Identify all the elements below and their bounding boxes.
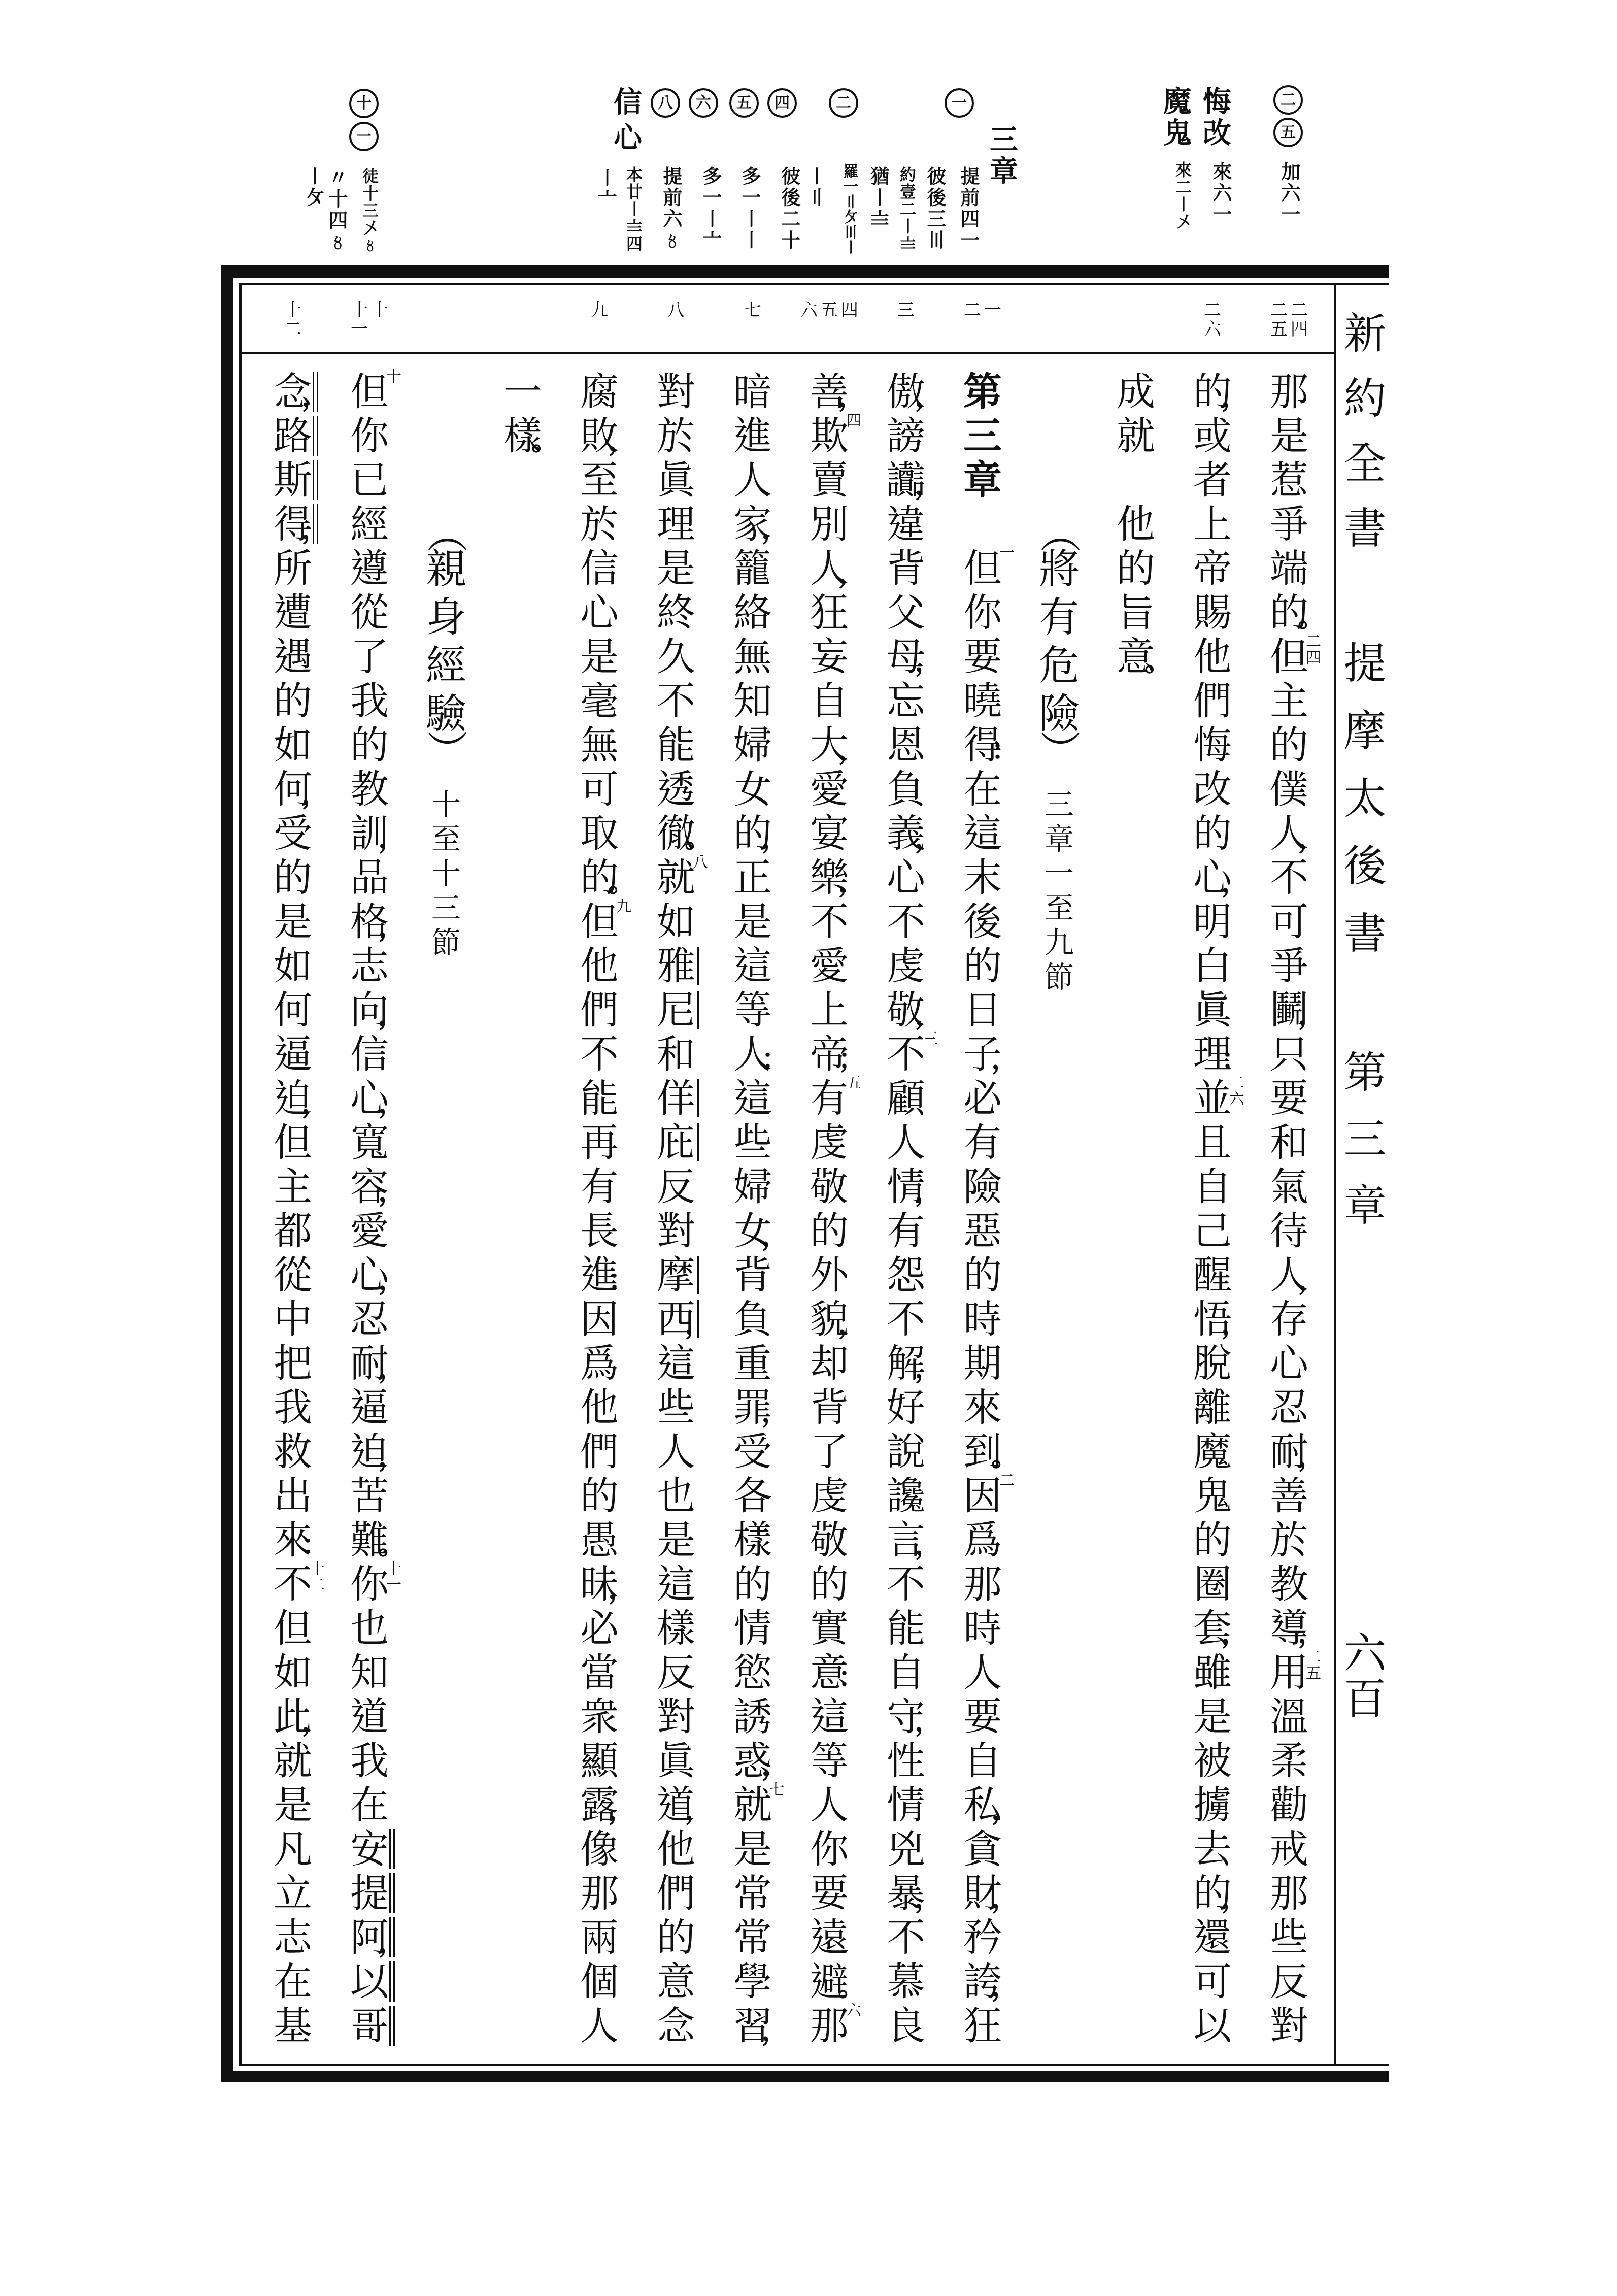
punctuation-mark: ， <box>915 383 942 410</box>
punctuation-mark: ， <box>378 1928 406 1956</box>
punctuation-mark: ， <box>915 648 942 675</box>
text-glyph: 從 <box>347 590 392 635</box>
cross-reference: 〃十四〥 <box>325 168 348 253</box>
text-glyph: 對 <box>1266 2004 1312 2048</box>
heading-glyph: 危 <box>1034 641 1085 689</box>
text-glyph: 善， <box>806 370 852 414</box>
text-glyph: 能 <box>653 723 699 767</box>
text-glyph: 這 <box>730 944 776 988</box>
text-glyph: 的， <box>1190 1871 1235 1915</box>
text-glyph: 帝 <box>1190 546 1235 590</box>
text-glyph: 人， <box>1266 811 1312 855</box>
text-glyph: 負 <box>883 767 929 811</box>
text-glyph: 爭 <box>1266 502 1312 546</box>
text-glyph: 那 <box>1266 370 1312 414</box>
verse-band-number: 十二 <box>283 301 303 339</box>
text-glyph: 出 <box>270 1474 316 1518</box>
text-glyph: 實 <box>806 1606 852 1650</box>
text-glyph: 進： <box>577 1253 622 1297</box>
text-glyph: 道 <box>347 1694 392 1739</box>
place-name-glyph: 提 <box>347 1871 392 1915</box>
text-glyph: 了 <box>347 635 392 679</box>
proper-name-glyph: 尼 <box>653 988 699 1032</box>
text-glyph: 人 <box>883 1120 929 1164</box>
text-glyph: 的 <box>960 944 1005 988</box>
text-glyph: 他 <box>1113 502 1159 546</box>
heading-glyph-text: 有 <box>1039 593 1080 641</box>
punctuation-mark: ， <box>915 1354 942 1382</box>
text-glyph: 等 <box>806 1739 852 1783</box>
text-glyph: 上 <box>1190 502 1235 546</box>
text-glyph: 我 <box>347 679 392 723</box>
circled-note-marker: 十 <box>349 89 379 118</box>
text-column: 的，或者上帝賜他們悔改的心，明白眞理：並二六且自己醒悟，脫離魔鬼的圈套，雖是被擄… <box>1190 370 1235 2048</box>
text-glyph: 們 <box>653 1871 699 1915</box>
text-glyph: 受 <box>730 1429 776 1474</box>
text-glyph: 寬 <box>347 1120 392 1164</box>
circled-note-marker: 二 <box>829 88 858 118</box>
punctuation-mark: ， <box>1221 1884 1249 1912</box>
text-glyph: 人 <box>653 1429 699 1474</box>
text-glyph: 雖 <box>1190 1650 1235 1694</box>
text-glyph: 如 <box>270 944 316 988</box>
proper-name-glyph: 雅 <box>653 944 699 988</box>
text-glyph: 遇 <box>270 635 316 679</box>
punctuation-mark: ， <box>378 1001 406 1028</box>
punctuation-mark: 。 <box>991 1443 1019 1470</box>
punctuation-mark: 。 <box>531 427 559 454</box>
punctuation-mark: ， <box>915 1001 942 1028</box>
text-glyph: 魔 <box>1190 1429 1235 1474</box>
text-glyph: 被 <box>1190 1739 1235 1783</box>
verse-range-glyph: 三 <box>421 891 471 925</box>
cross-reference: 多一〡〦 <box>699 166 722 251</box>
punctuation-mark: 。 <box>1144 648 1172 675</box>
text-glyph: 這 <box>653 1341 699 1385</box>
text-glyph: 白 <box>1190 944 1235 988</box>
text-glyph: 迫， <box>270 1076 316 1120</box>
text-glyph: 毫 <box>577 679 622 723</box>
verse-number: 二六 <box>1228 1075 1245 1108</box>
text-glyph: 旨 <box>1113 590 1159 635</box>
text-glyph: 是 <box>270 900 316 944</box>
text-glyph: 也 <box>653 1474 699 1518</box>
text-glyph: 柔 <box>1266 1739 1312 1783</box>
text-glyph: 別 <box>806 502 852 546</box>
text-glyph: 狂 <box>960 2004 1005 2048</box>
text-glyph: 的， <box>730 811 776 855</box>
text-glyph: 言， <box>883 1518 929 1562</box>
text-column: 一樣。 <box>500 370 546 458</box>
text-glyph: 容， <box>347 1164 392 1209</box>
text-glyph: 惹 <box>1266 458 1312 502</box>
text-glyph: 人： <box>730 1032 776 1076</box>
text-glyph: 久 <box>653 635 699 679</box>
text-glyph: 的 <box>1113 546 1159 590</box>
text-glyph: 時 <box>960 1297 1005 1341</box>
blank-space <box>960 502 1005 546</box>
text-glyph: 於 <box>1266 1518 1312 1562</box>
text-glyph: 敬 <box>806 1164 852 1209</box>
text-glyph: 狂 <box>806 590 852 635</box>
margin-term-devil: 魔鬼 <box>1159 86 1192 149</box>
punctuation-mark: ， <box>378 913 406 940</box>
text-glyph: 人 <box>577 2004 622 2048</box>
punctuation-mark: ， <box>301 1089 329 1117</box>
text-glyph: 都 <box>270 1209 316 1253</box>
punctuation-mark: ， <box>378 1443 406 1470</box>
text-glyph: 成 <box>1113 370 1159 414</box>
text-glyph: 他 <box>577 944 622 988</box>
punctuation-mark: ， <box>761 2017 789 2044</box>
text-glyph: 自 <box>1190 1164 1235 1209</box>
text-glyph: 爭 <box>1266 944 1312 988</box>
text-glyph: 立 <box>270 1871 316 1915</box>
text-glyph: 重 <box>730 1341 776 1385</box>
text-glyph: 但二四 <box>1266 635 1312 679</box>
punctuation-mark: ， <box>1298 1443 1325 1470</box>
text-glyph: 不 <box>653 679 699 723</box>
text-glyph: 顧 <box>883 1076 929 1120</box>
text-glyph: 樣。 <box>500 414 546 458</box>
verse-band-number: 七 <box>743 301 763 320</box>
text-glyph: 去 <box>1190 1827 1235 1871</box>
text-glyph: 逼 <box>270 1032 316 1076</box>
verse-band-number: 八 <box>666 301 686 320</box>
text-glyph: 來 <box>960 1385 1005 1429</box>
proper-name-glyph: 西， <box>653 1297 699 1341</box>
circled-note-marker: 一 <box>349 122 379 151</box>
verse-number: 三 <box>922 1031 939 1047</box>
verse-number: 一 <box>998 545 1016 561</box>
text-glyph: 了 <box>806 1429 852 1474</box>
text-glyph: 怨 <box>883 1253 929 1297</box>
text-glyph: 你 <box>806 1827 852 1871</box>
text-glyph: 如 <box>270 723 316 767</box>
page-number: 六百 <box>1336 1631 1387 1722</box>
heading-glyph-text: 身 <box>426 593 466 641</box>
heading-glyph-text: 親 <box>426 545 466 592</box>
text-glyph: 性 <box>883 1739 929 1783</box>
text-glyph: 在 <box>270 1959 316 2004</box>
text-glyph: 樣 <box>653 1606 699 1650</box>
text-glyph: 他 <box>1190 635 1235 679</box>
punctuation-mark: ， <box>1221 869 1249 896</box>
frame-inner-bottom-rule <box>240 2064 1389 2066</box>
place-name-glyph: 路 <box>270 414 316 458</box>
text-glyph: 常 <box>730 1871 776 1915</box>
text-glyph: 中 <box>270 1297 316 1341</box>
text-glyph: 他 <box>653 1827 699 1871</box>
text-glyph: 母， <box>883 635 929 679</box>
cross-reference: 提前六〥 <box>660 166 682 251</box>
text-glyph: 人， <box>806 546 852 590</box>
text-glyph: 正 <box>730 855 776 900</box>
text-glyph: 已 <box>347 458 392 502</box>
text-glyph: 待 <box>1266 1209 1312 1253</box>
text-glyph: 敬 <box>806 1518 852 1562</box>
text-glyph: 可 <box>577 767 622 811</box>
text-glyph: 知 <box>347 1650 392 1694</box>
text-column: 腐敗，至於信心是毫無可取的。但九他們不能再有長進：因爲他們的愚昧，必當衆顯露，像… <box>577 370 622 2048</box>
verse-range-glyph: 至 <box>1034 891 1085 925</box>
text-glyph: 心， <box>1190 855 1235 900</box>
text-glyph: 必 <box>960 1076 1005 1120</box>
verse-band-rule <box>240 352 1335 354</box>
text-glyph: 的 <box>270 679 316 723</box>
punctuation-mark: ， <box>915 471 942 498</box>
text-glyph: 像 <box>577 1827 622 1871</box>
text-glyph: 志 <box>347 944 392 988</box>
text-glyph: 基 <box>270 2004 316 2048</box>
text-glyph: 圈 <box>1190 1562 1235 1606</box>
text-glyph: 兩 <box>577 1915 622 1959</box>
text-glyph: 何， <box>270 767 316 811</box>
text-glyph: 套， <box>1190 1606 1235 1650</box>
text-glyph: 財， <box>960 1871 1005 1915</box>
cross-reference: 彼後三〣 <box>924 166 946 251</box>
punctuation-mark: ， <box>685 1796 712 1823</box>
verse-range-glyph: 節 <box>421 925 471 960</box>
text-glyph: 信 <box>347 1032 392 1076</box>
text-glyph: 腐 <box>577 370 622 414</box>
text-glyph: 大， <box>806 723 852 767</box>
text-glyph: 因二 <box>960 1474 1005 1518</box>
heading-glyph: 身 <box>421 593 471 641</box>
text-glyph: 教 <box>1266 1562 1312 1606</box>
text-glyph: 心， <box>347 1253 392 1297</box>
text-glyph: 誘 <box>730 1694 776 1739</box>
text-glyph: 宴 <box>806 811 852 855</box>
text-glyph: 良 <box>883 2004 929 2048</box>
verse-band-number: 一 <box>983 301 1003 320</box>
text-glyph: 父 <box>883 590 929 635</box>
cross-reference: 〡〩 <box>302 166 324 209</box>
text-glyph: 志 <box>270 1915 316 1959</box>
punctuation-mark: ： <box>761 1045 789 1073</box>
text-glyph: 兇 <box>883 1827 929 1871</box>
text-glyph: 得： <box>960 723 1005 767</box>
text-glyph: 背 <box>806 1385 852 1429</box>
chapter-heading-glyph: 章 <box>960 458 1005 502</box>
text-glyph: 可 <box>1190 1959 1235 2004</box>
text-glyph: 是 <box>730 1827 776 1871</box>
running-header-separator <box>1334 283 1336 2066</box>
proper-name-glyph: 庇 <box>653 1120 699 1164</box>
text-column: 對於眞理是終久不能透徹。就八如雅尼和佯庇反對摩西，這些人也是這樣反對眞道，他們的… <box>653 370 699 2048</box>
text-glyph: 但十 <box>347 370 392 414</box>
punctuation-mark: ， <box>838 1310 865 1338</box>
text-glyph: 的 <box>1190 811 1235 855</box>
text-glyph: 慕 <box>883 1959 929 2004</box>
blank-space <box>1113 458 1159 502</box>
punctuation-mark: ， <box>608 1575 635 1603</box>
text-glyph: 那 <box>1266 1871 1312 1915</box>
text-glyph: 進 <box>730 414 776 458</box>
text-glyph: 己 <box>1190 1209 1235 1253</box>
circled-note-marker: 六 <box>689 88 718 118</box>
text-glyph: 露， <box>577 1783 622 1827</box>
text-glyph: 因 <box>577 1297 622 1341</box>
text-glyph: 救 <box>270 1429 316 1474</box>
scanned-bible-page: 二 五 加六一 悔改 來六一 魔鬼 來二〡〤 三章 一 提前四一 彼後三〣 約壹… <box>0 0 1617 2296</box>
verse-range-glyph: 至 <box>421 822 471 856</box>
text-column: 念，路斯得，所遭遇的如何，受的是如何逼迫，但主都從中把我救出來：不十二但如此，就… <box>270 370 316 2048</box>
text-glyph: 擄 <box>1190 1783 1235 1827</box>
text-glyph: 或 <box>1190 414 1235 458</box>
text-glyph: 念 <box>653 2004 699 2048</box>
text-glyph: 矜 <box>960 1915 1005 1959</box>
place-name-glyph: 得， <box>270 502 316 546</box>
text-glyph: 如 <box>653 900 699 944</box>
text-glyph: 知 <box>730 679 776 723</box>
text-glyph: 虔 <box>883 944 929 988</box>
text-glyph: 對 <box>653 1209 699 1253</box>
section-heading-column: （親身經驗）十至十三節 <box>421 520 471 960</box>
text-glyph: 這 <box>730 1076 776 1120</box>
text-glyph: 就 <box>270 1739 316 1783</box>
text-glyph: 理： <box>1190 1032 1235 1076</box>
text-glyph: 不 <box>883 1297 929 1341</box>
punctuation-mark: 。 <box>1298 604 1325 631</box>
text-glyph: 爲 <box>577 1341 622 1385</box>
text-glyph: 暴， <box>883 1871 929 1915</box>
text-glyph: 私， <box>960 1783 1005 1827</box>
punctuation-mark: ， <box>991 1796 1019 1823</box>
text-glyph: 如 <box>270 1650 316 1694</box>
punctuation-mark: ， <box>915 1708 942 1735</box>
punctuation-mark: ， <box>378 1354 406 1382</box>
circled-note-marker: 一 <box>945 88 974 118</box>
text-glyph: 把 <box>270 1341 316 1385</box>
punctuation-mark: ， <box>991 1884 1019 1912</box>
text-glyph: 道， <box>653 1783 699 1827</box>
chapter-heading-glyph: 第 <box>960 370 1005 414</box>
text-glyph: 負 <box>730 1297 776 1341</box>
text-glyph: 險 <box>960 1164 1005 1209</box>
text-glyph: 情 <box>883 1783 929 1827</box>
verse-range-glyph: 節 <box>1034 960 1085 994</box>
verse-band-number: 六 <box>799 301 819 320</box>
text-glyph: 你十一 <box>347 1562 392 1606</box>
text-glyph: 就七 <box>730 1783 776 1827</box>
text-glyph: 有五 <box>806 1076 852 1120</box>
text-glyph: 的， <box>1190 370 1235 414</box>
text-glyph: 就 <box>1113 414 1159 458</box>
text-glyph: 也 <box>347 1606 392 1650</box>
text-glyph: 愛 <box>806 944 852 988</box>
cross-reference: 猶〡〨 <box>867 166 889 230</box>
cross-reference: 多一〡〡 <box>738 166 761 251</box>
text-glyph: 是 <box>653 546 699 590</box>
circled-note-marker: 八 <box>651 88 680 118</box>
text-glyph: 不 <box>883 1915 929 1959</box>
circled-note-marker: 二 <box>1273 85 1303 115</box>
text-glyph: 就八 <box>653 855 699 900</box>
text-glyph: 虔 <box>806 1474 852 1518</box>
text-glyph: 離 <box>1190 1385 1235 1429</box>
punctuation-mark: ， <box>685 1310 712 1338</box>
text-glyph: 家， <box>730 502 776 546</box>
cross-reference: 約壹二〡〨 <box>896 166 918 252</box>
chapter-title: 第三章 <box>1336 1050 1387 1249</box>
text-glyph: 期 <box>960 1341 1005 1385</box>
text-glyph: 耐， <box>347 1341 392 1385</box>
text-glyph: 心 <box>1266 1341 1312 1385</box>
text-glyph: 品 <box>347 855 392 900</box>
punctuation-mark: ， <box>761 1752 789 1779</box>
text-glyph: 和 <box>653 1032 699 1076</box>
cross-reference: 來六一 <box>1209 161 1232 225</box>
heading-glyph-text: 經 <box>426 642 466 689</box>
text-glyph: 明 <box>1190 900 1235 944</box>
text-column: 那是惹爭端的。但二四主的僕人，不可爭鬭，只要和氣待人，存心忍耐，善於教導，用二五… <box>1266 370 1312 2048</box>
verse-number: 十二 <box>309 1561 326 1593</box>
frame-inner-top-rule <box>240 283 1389 285</box>
verse-number: 七 <box>768 1782 786 1798</box>
text-glyph: 不 <box>883 900 929 944</box>
text-glyph: 愛 <box>347 1209 392 1253</box>
text-glyph: 眞 <box>1190 988 1235 1032</box>
verse-number: 四 <box>845 413 862 429</box>
text-glyph: 徹。 <box>653 811 699 855</box>
verse-number: 五 <box>845 1075 862 1091</box>
text-glyph: 些 <box>1266 1915 1312 1959</box>
margin-term-repentance: 悔改 <box>1199 86 1231 149</box>
verse-range-glyph: 章 <box>1034 822 1085 856</box>
punctuation-mark: ， <box>378 824 406 852</box>
text-glyph: 的。 <box>1266 590 1312 635</box>
margin-term-faith: 信心 <box>610 87 642 158</box>
text-glyph: 要 <box>806 1871 852 1915</box>
text-glyph: 脫 <box>1190 1341 1235 1385</box>
book-title: 提摩太後書 <box>1336 641 1387 978</box>
text-glyph: 時 <box>960 1606 1005 1650</box>
text-glyph: 那 <box>577 1871 622 1915</box>
text-glyph: 無 <box>577 723 622 767</box>
text-glyph: 遵 <box>347 546 392 590</box>
verse-band-number: 五 <box>819 301 839 320</box>
text-glyph: 終 <box>653 590 699 635</box>
text-glyph: 於 <box>653 414 699 458</box>
text-glyph: 不十二 <box>270 1562 316 1606</box>
text-glyph: 訓， <box>347 811 392 855</box>
heading-glyph-text: ） <box>434 729 458 770</box>
text-glyph: 此， <box>270 1694 316 1739</box>
text-glyph: 所 <box>270 546 316 590</box>
text-glyph: 心 <box>883 855 929 900</box>
text-glyph: 存 <box>1266 1297 1312 1341</box>
punctuation-mark: ， <box>608 1796 635 1823</box>
text-glyph: 帝； <box>806 1032 852 1076</box>
text-glyph: 常 <box>730 1915 776 1959</box>
frame-inner-left-rule <box>239 283 242 2066</box>
text-glyph: 是 <box>270 1783 316 1827</box>
place-name-glyph: 阿， <box>347 1915 392 1959</box>
text-glyph: 不三 <box>883 1032 929 1076</box>
proper-name-glyph: 摩 <box>653 1253 699 1297</box>
text-glyph: 貪 <box>960 1827 1005 1871</box>
place-name-glyph: 安 <box>347 1827 392 1871</box>
text-glyph: 眞 <box>653 1739 699 1783</box>
text-glyph: 義， <box>883 811 929 855</box>
text-glyph: 要 <box>960 635 1005 679</box>
cross-reference: 加六一 <box>1278 161 1300 225</box>
verse-band-number: 十一 <box>349 301 369 339</box>
text-glyph: 這 <box>960 811 1005 855</box>
text-glyph: 眞 <box>653 458 699 502</box>
text-glyph: 但九 <box>577 900 622 944</box>
